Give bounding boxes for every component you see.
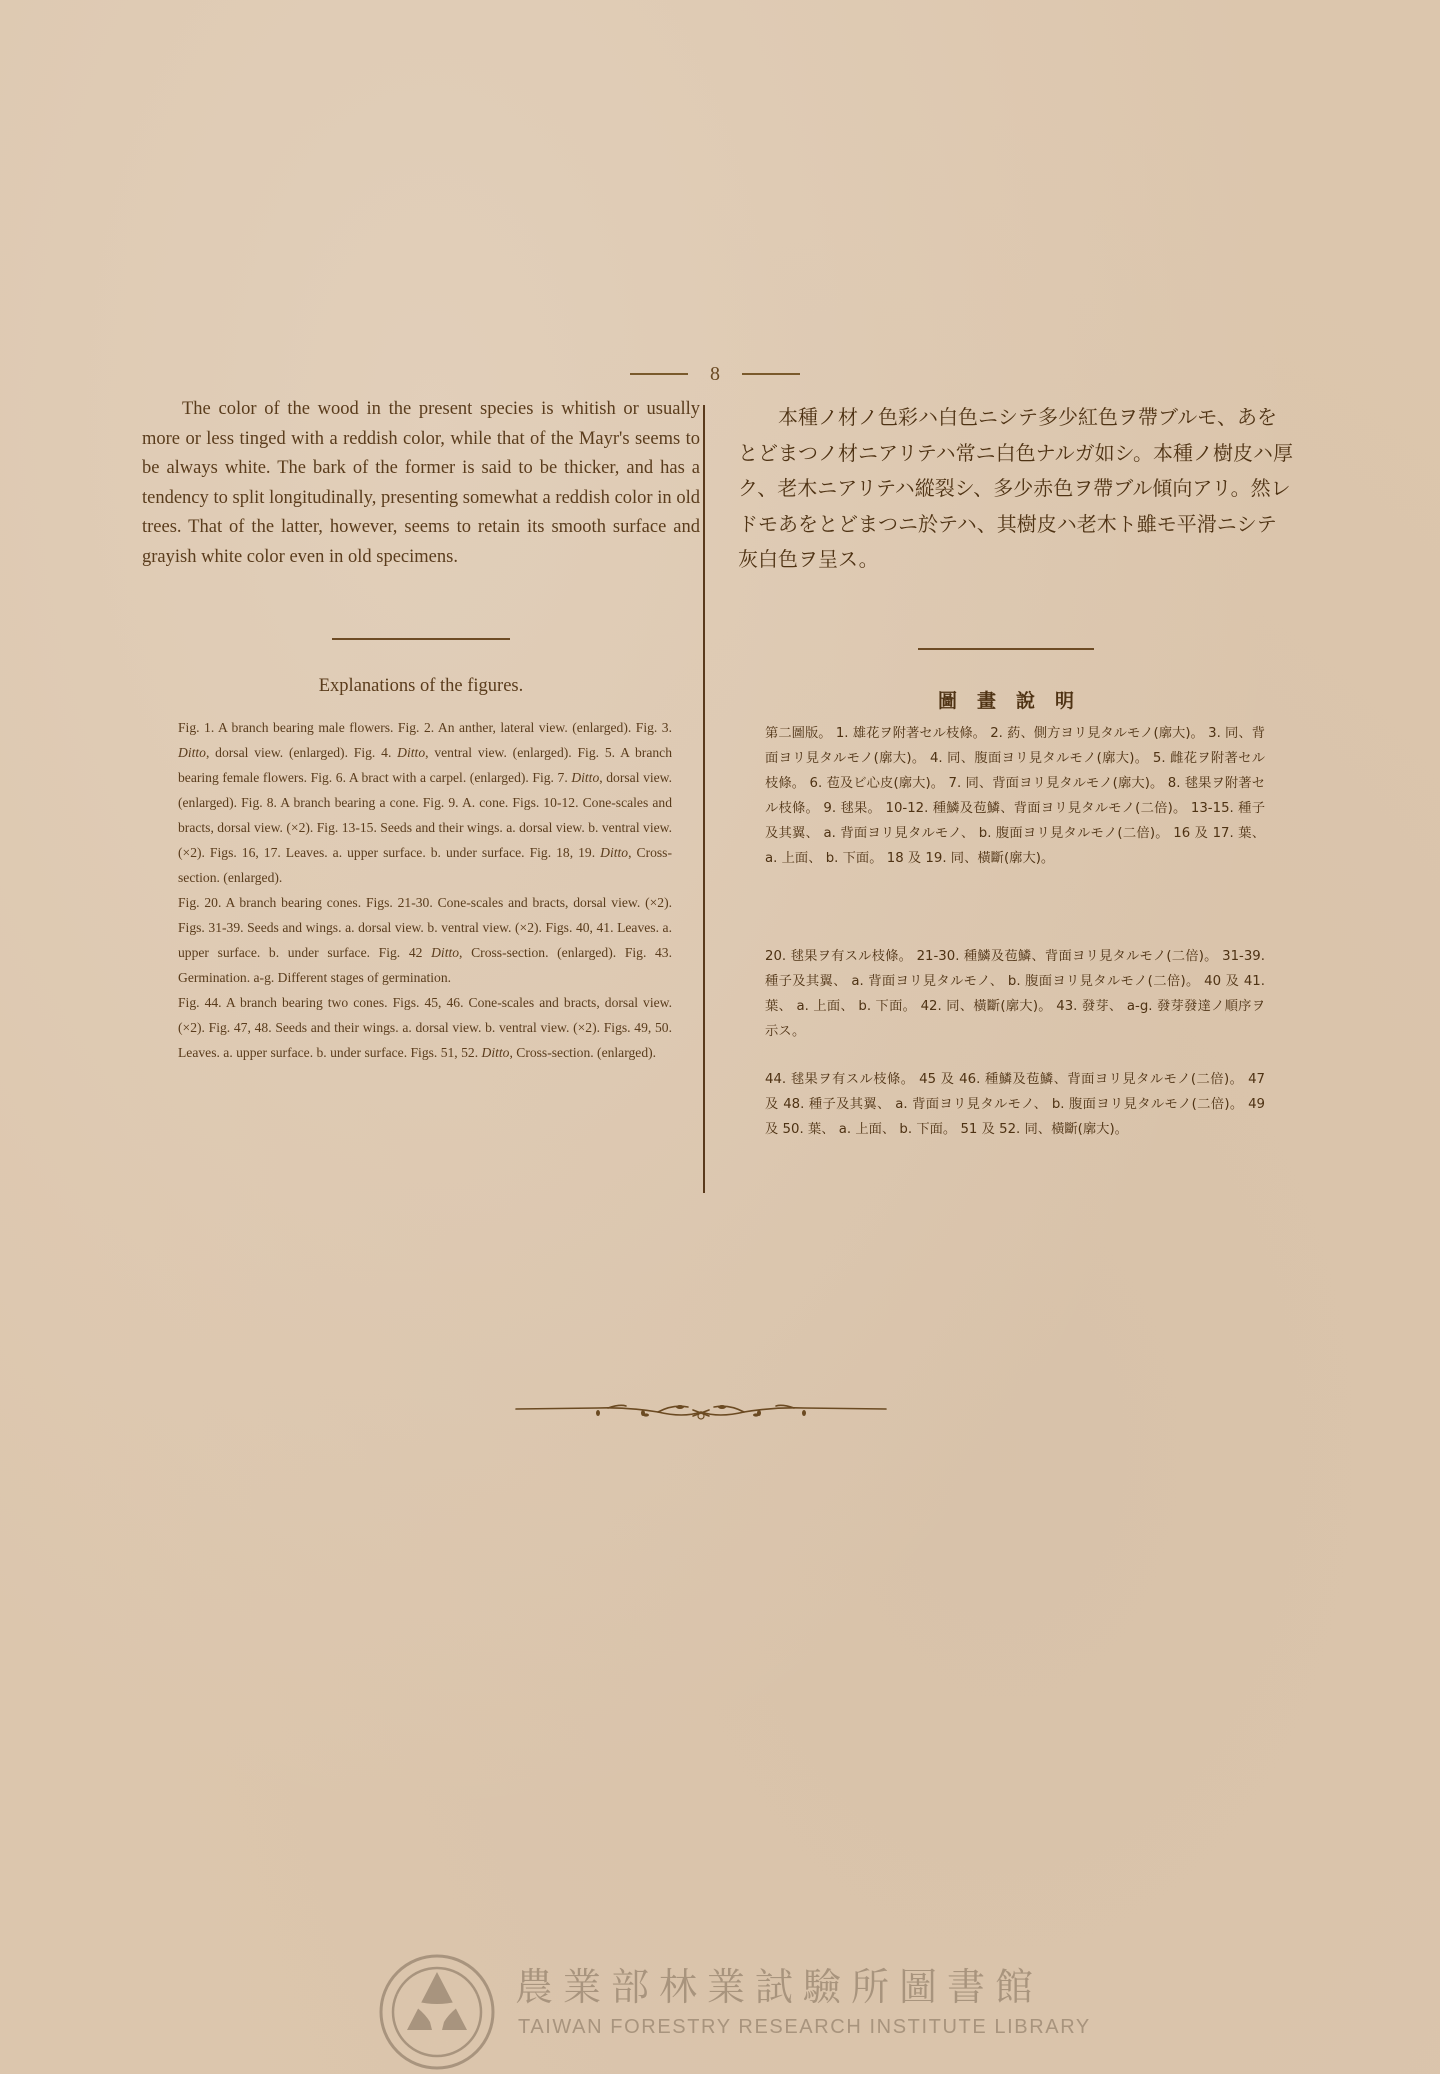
english-figure-explanations: Fig. 1. A branch bearing male flowers. F… <box>178 715 672 1065</box>
ornamental-divider-icon <box>508 1398 894 1424</box>
italic-ditto: Ditto <box>482 1045 510 1060</box>
svg-text:96: 96 <box>439 2039 451 2049</box>
japanese-section-divider <box>918 648 1094 650</box>
english-section-divider <box>332 638 510 640</box>
italic-ditto: Ditto <box>600 845 628 860</box>
english-figures-heading: Explanations of the figures. <box>142 676 700 697</box>
english-paragraph: The color of the wood in the present spe… <box>142 395 700 572</box>
italic-ditto: Ditto <box>431 945 459 960</box>
page-number-header: 8 <box>630 360 800 388</box>
page-number-rule-right <box>742 373 800 375</box>
library-english-name: TAIWAN FORESTRY RESEARCH INSTITUTE LIBRA… <box>518 2016 1091 2039</box>
svg-text:18: 18 <box>427 2039 439 2049</box>
page-number-rule-left <box>630 373 688 375</box>
library-chinese-name: 農業部林業試驗所圖書館 <box>515 1956 1043 2011</box>
japanese-paragraph: 本種ノ材ノ色彩ハ白色ニシテ多少紅色ヲ帶ブルモ、あをとどまつノ材ニアリテハ常ニ白色… <box>738 400 1294 578</box>
figure-text: , dorsal view. (enlarged). Fig. 4. <box>206 745 397 760</box>
japanese-figure-block: 44. 毬果ヲ有スル枝條。 45 及 46. 種鱗及苞鱗、背面ヨリ見タルモノ(二… <box>765 1067 1265 1142</box>
english-figure-group: Fig. 1. A branch bearing male flowers. F… <box>178 715 672 890</box>
japanese-figure-text: 44. 毬果ヲ有スル枝條。 45 及 46. 種鱗及苞鱗、背面ヨリ見タルモノ(二… <box>765 1067 1265 1142</box>
english-figure-group: Fig. 44. A branch bearing two cones. Fig… <box>178 990 672 1065</box>
italic-ditto: Ditto <box>178 745 206 760</box>
figure-text: , Cross-section. (enlarged). <box>509 1045 656 1060</box>
italic-ditto: Ditto <box>397 745 425 760</box>
japanese-figure-block: 20. 毬果ヲ有スル枝條。 21-30. 種鱗及苞鱗、背面ヨリ見タルモノ(二倍)… <box>765 944 1265 1044</box>
figure-text: Fig. 1. A branch bearing male flowers. F… <box>178 720 672 735</box>
japanese-figure-text: 20. 毬果ヲ有スル枝條。 21-30. 種鱗及苞鱗、背面ヨリ見タルモノ(二倍)… <box>765 944 1265 1044</box>
japanese-figure-text: 第二圖版。 1. 雄花ヲ附著セル枝條。 2. 葯、側方ヨリ見タルモノ(廓大)。 … <box>765 721 1265 871</box>
column-separator <box>703 405 705 1193</box>
page-number: 8 <box>710 363 720 386</box>
english-figure-group: Fig. 20. A branch bearing cones. Figs. 2… <box>178 890 672 990</box>
japanese-figures-heading: 圖畫說明 <box>738 686 1294 713</box>
library-watermark: 18 96 農業部林業試驗所圖書館 TAIWAN FORESTRY RESEAR… <box>372 1950 1072 2070</box>
institute-seal-icon: 18 96 <box>372 1950 502 2074</box>
italic-ditto: Ditto <box>571 770 599 785</box>
japanese-figure-block: 第二圖版。 1. 雄花ヲ附著セル枝條。 2. 葯、側方ヨリ見タルモノ(廓大)。 … <box>765 721 1265 871</box>
